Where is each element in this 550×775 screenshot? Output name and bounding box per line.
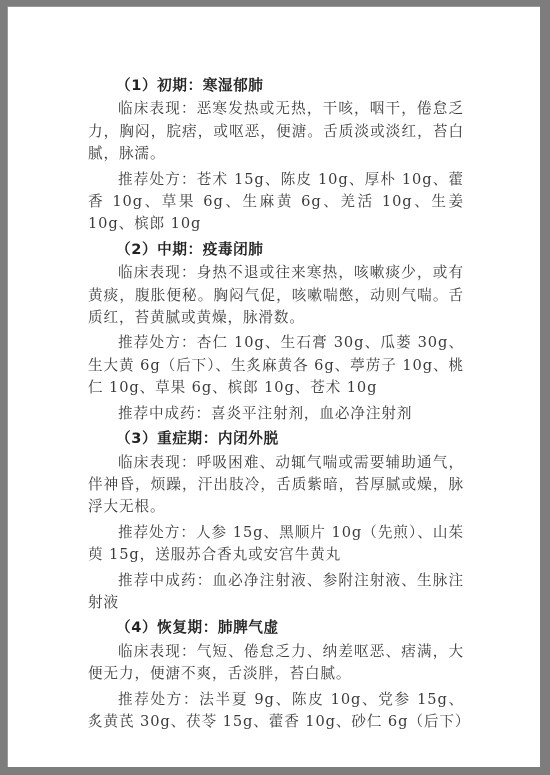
recommended-prescription: 推荐处方：人参 15g、黑顺片 10g（先煎）、山茱萸 15g，送服苏合香丸或安… [88, 522, 464, 567]
section-heading-recovery: （4）恢复期：肺脾气虚 [88, 617, 464, 639]
section-heading-severe: （3）重症期：内闭外脱 [88, 428, 464, 450]
recommended-prescription: 推荐处方：法半夏 9g、陈皮 10g、党参 15g、炙黄芪 30g、茯苓 15g… [88, 689, 464, 734]
para-label: 推荐处方： [118, 691, 199, 708]
para-label: 推荐处方： [118, 524, 196, 541]
para-label: 临床表现： [118, 100, 197, 117]
recommended-patent-medicine: 推荐中成药：喜炎平注射剂，血必净注射剂 [88, 403, 464, 425]
para-label: 临床表现： [118, 643, 197, 660]
recommended-prescription: 推荐处方：杏仁 10g、生石膏 30g、瓜蒌 30g、生大黄 6g（后下）、生炙… [88, 332, 464, 399]
para-label: 临床表现： [118, 454, 197, 471]
clinical-manifestation: 临床表现：恶寒发热或无热，干咳，咽干，倦怠乏力，胸闷，脘痞，或呕恶，便溏。舌质淡… [88, 98, 464, 165]
para-label: 推荐处方： [118, 334, 197, 351]
recommended-prescription: 推荐处方：苍术 15g、陈皮 10g、厚朴 10g、藿香 10g、草果 6g、生… [88, 169, 464, 236]
clinical-manifestation: 临床表现：身热不退或往来寒热，咳嗽痰少，或有黄痰，腹胀便秘。胸闷气促，咳嗽喘憋，… [88, 262, 464, 329]
recommended-patent-medicine: 推荐中成药：血必净注射液、参附注射液、生脉注射液 [88, 570, 464, 615]
para-text: 喜炎平注射剂，血必净注射剂 [211, 405, 412, 422]
para-label: 推荐中成药： [118, 572, 212, 589]
para-label: 临床表现： [118, 264, 197, 281]
section-heading-initial: （1）初期：寒湿郁肺 [88, 75, 464, 97]
clinical-manifestation: 临床表现：气短、倦怠乏力、纳差呕恶、痞满，大便无力，便溏不爽，舌淡胖，苔白腻。 [88, 641, 464, 686]
document-content: （1）初期：寒湿郁肺 临床表现：恶寒发热或无热，干咳，咽干，倦怠乏力，胸闷，脘痞… [88, 75, 464, 736]
document-page: （1）初期：寒湿郁肺 临床表现：恶寒发热或无热，干咳，咽干，倦怠乏力，胸闷，脘痞… [7, 6, 540, 767]
para-label: 推荐处方： [118, 171, 197, 188]
section-heading-middle: （2）中期：疫毒闭肺 [88, 239, 464, 261]
para-label: 推荐中成药： [118, 405, 211, 422]
clinical-manifestation: 临床表现：呼吸困难、动辄气喘或需要辅助通气，伴神昏，烦躁，汗出肢冷，舌质紫暗，苔… [88, 452, 464, 519]
